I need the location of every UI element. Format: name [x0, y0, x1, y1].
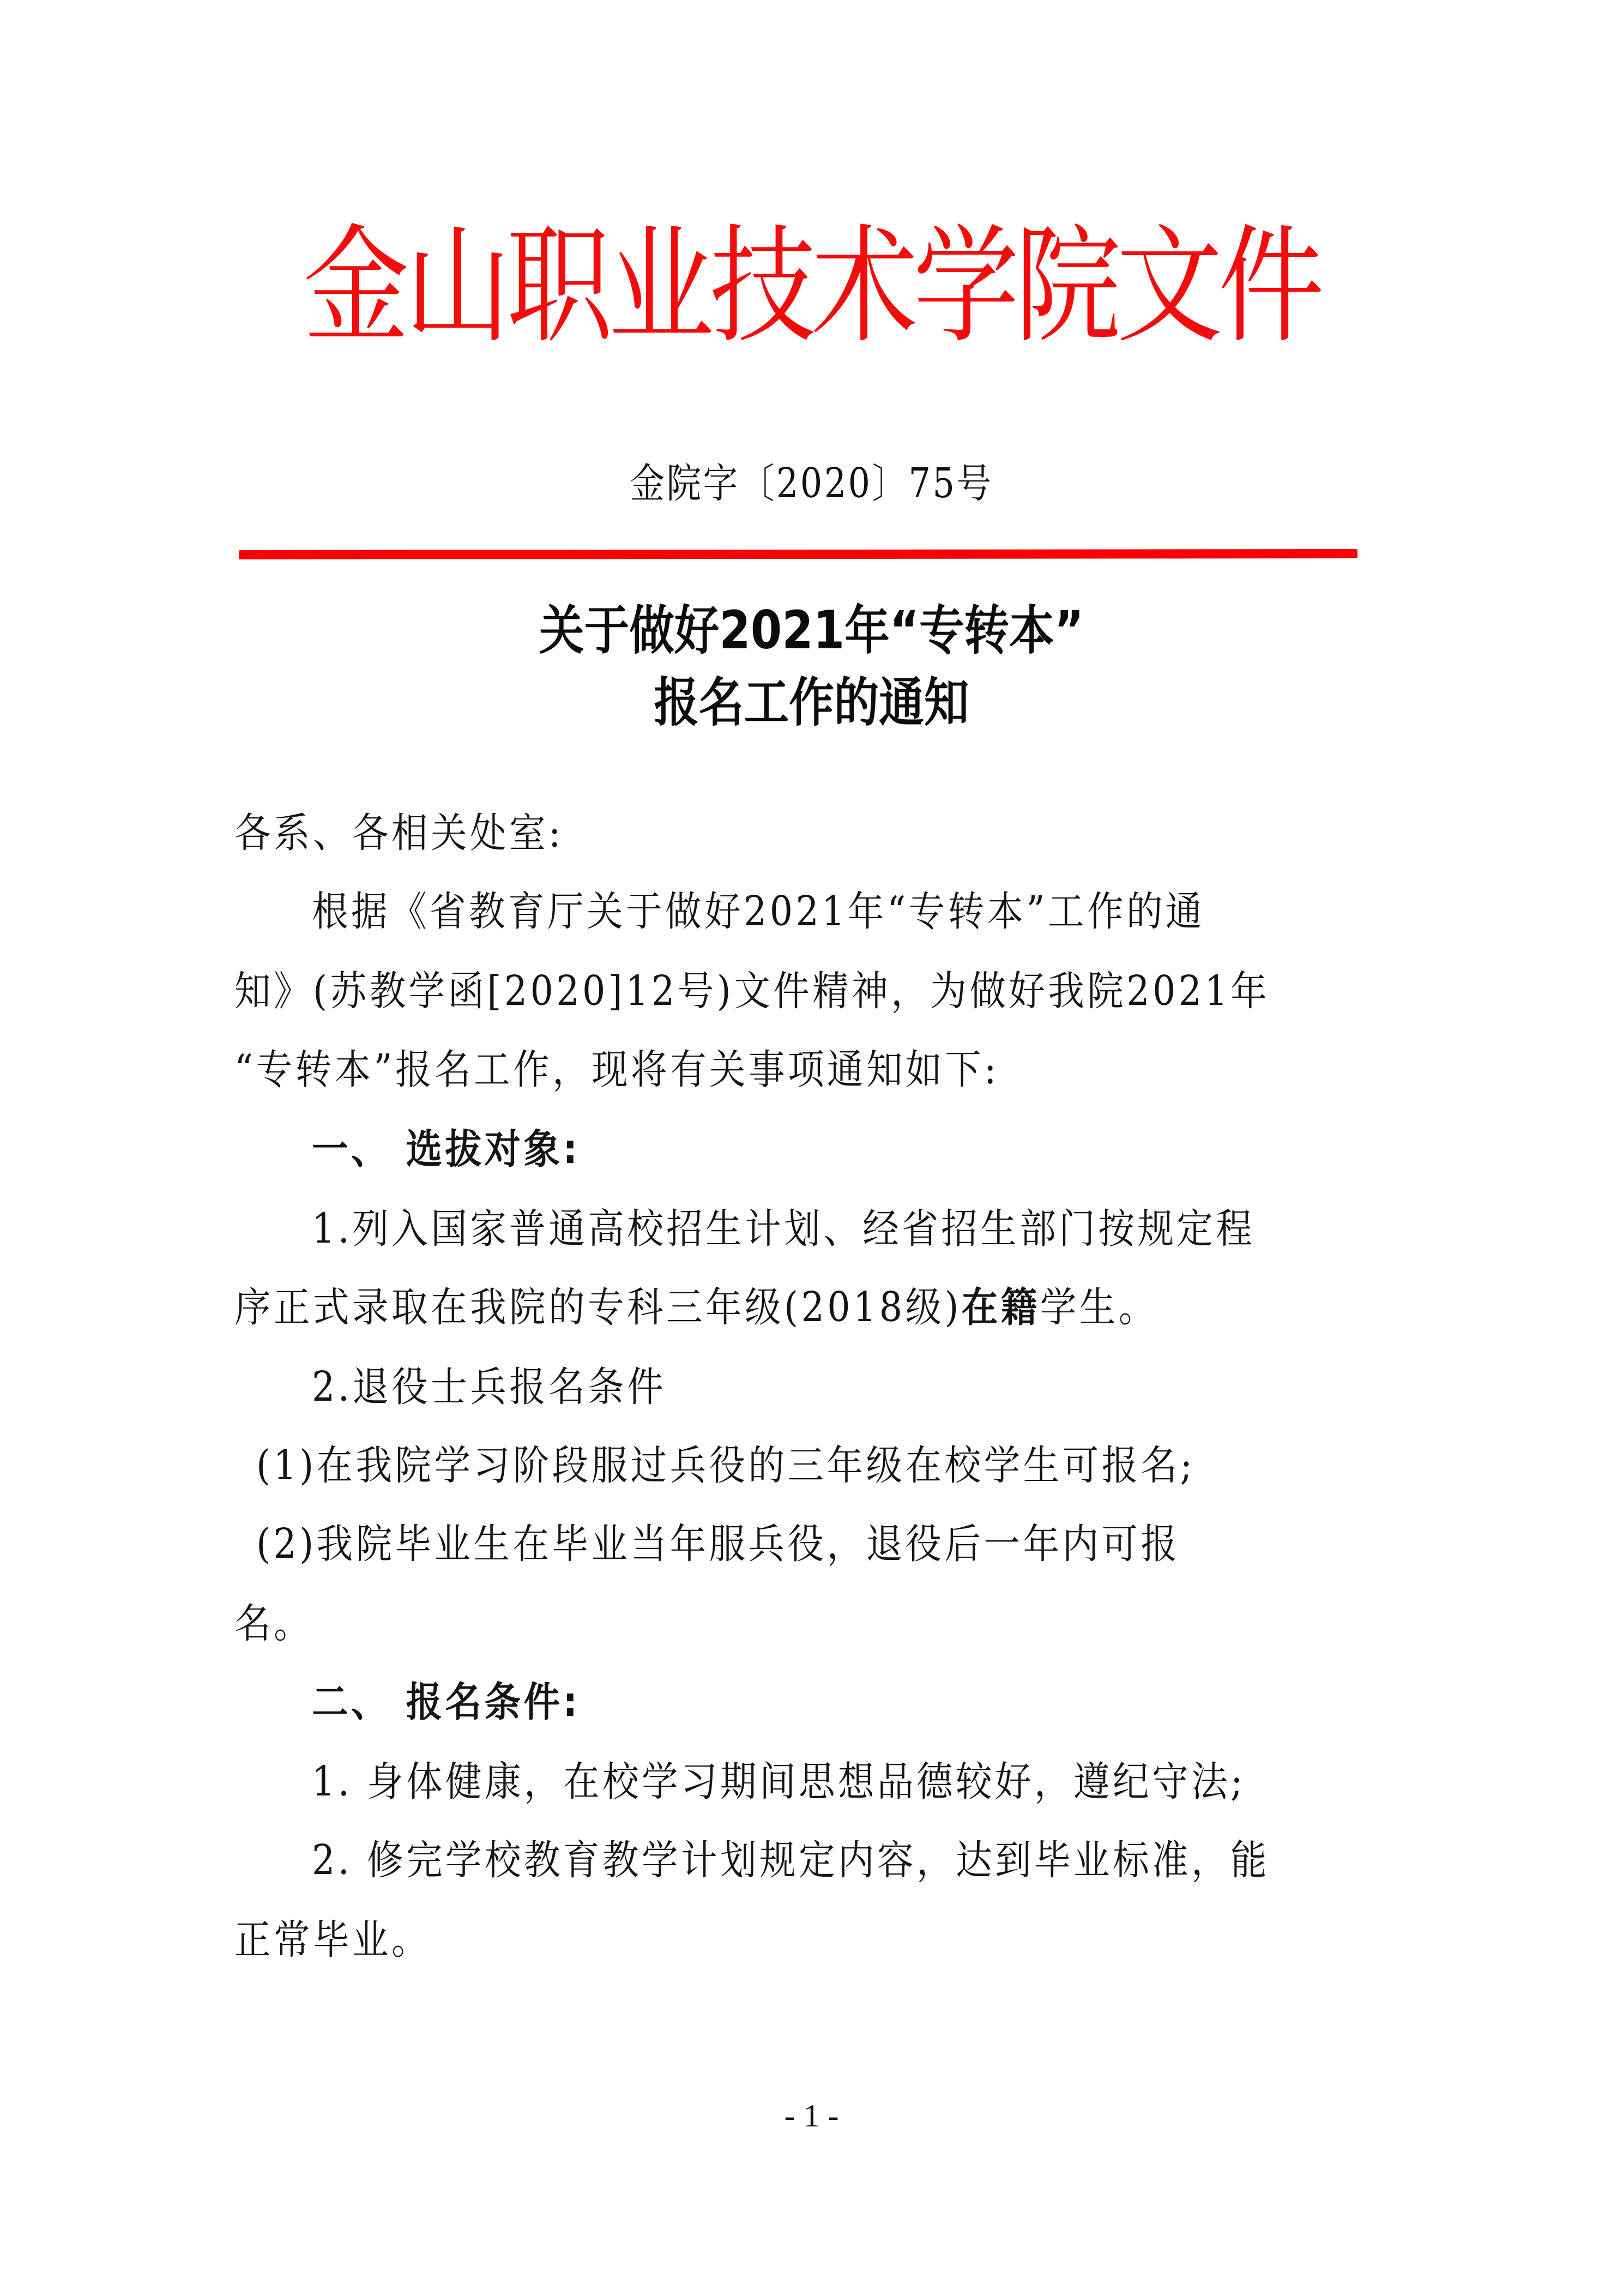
- section-1-sub-item-2-line-2: 名。: [234, 1596, 313, 1651]
- section-2-heading: 二、 报名条件:: [312, 1675, 581, 1729]
- item-1-text-pre: 序正式录取在我院的专科三年级(2018级): [234, 1284, 962, 1331]
- section-2-item-2-line-2: 正常毕业。: [234, 1913, 431, 1967]
- red-divider-rule: [239, 549, 1357, 559]
- section-1-sub-item-2-line-1: (2)我院毕业生在毕业当年服兵役，退役后一年内可报: [256, 1517, 1180, 1571]
- notice-title-line-2: 报名工作的通知: [113, 672, 1509, 733]
- issuer-header-title: 金山职业技术学院文件: [130, 215, 1493, 357]
- section-2-item-1: 1. 身体健康，在校学习期间思想品德较好，遵纪守法;: [312, 1755, 1246, 1809]
- intro-line-1: 根据《省教育厅关于做好2021年“专转本”工作的通: [312, 884, 1205, 939]
- notice-title-line-1: 关于做好2021年“专转本”: [113, 600, 1509, 661]
- section-1-sub-item-1: (1)在我院学习阶段服过兵役的三年级在校学生可报名;: [256, 1438, 1195, 1493]
- item-1-text-bold: 在籍: [962, 1284, 1040, 1331]
- intro-line-3: “专转本”报名工作，现将有关事项通知如下:: [234, 1042, 999, 1097]
- salutation: 各系、各相关处室:: [234, 806, 564, 860]
- page-number: - 1 -: [0, 2096, 1623, 2135]
- intro-line-2: 知》(苏教学函[2020]12号)文件精神，为做好我院2021年: [234, 964, 1270, 1019]
- section-1-item-1-line-1: 1.列入国家普通高校招生计划、经省招生部门按规定程: [312, 1202, 1255, 1256]
- section-1-item-2: 2.退役士兵报名条件: [312, 1360, 666, 1414]
- item-1-text-post: 学生。: [1040, 1284, 1158, 1331]
- section-2-item-2-line-1: 2. 修完学校教育教学计划规定内容，达到毕业标准，能: [312, 1833, 1270, 1888]
- section-1-heading: 一、 选拔对象:: [312, 1122, 581, 1177]
- document-number: 金院字〔2020〕75号: [113, 459, 1509, 508]
- section-1-item-1-line-2: 序正式录取在我院的专科三年级(2018级)在籍学生。: [234, 1280, 1158, 1335]
